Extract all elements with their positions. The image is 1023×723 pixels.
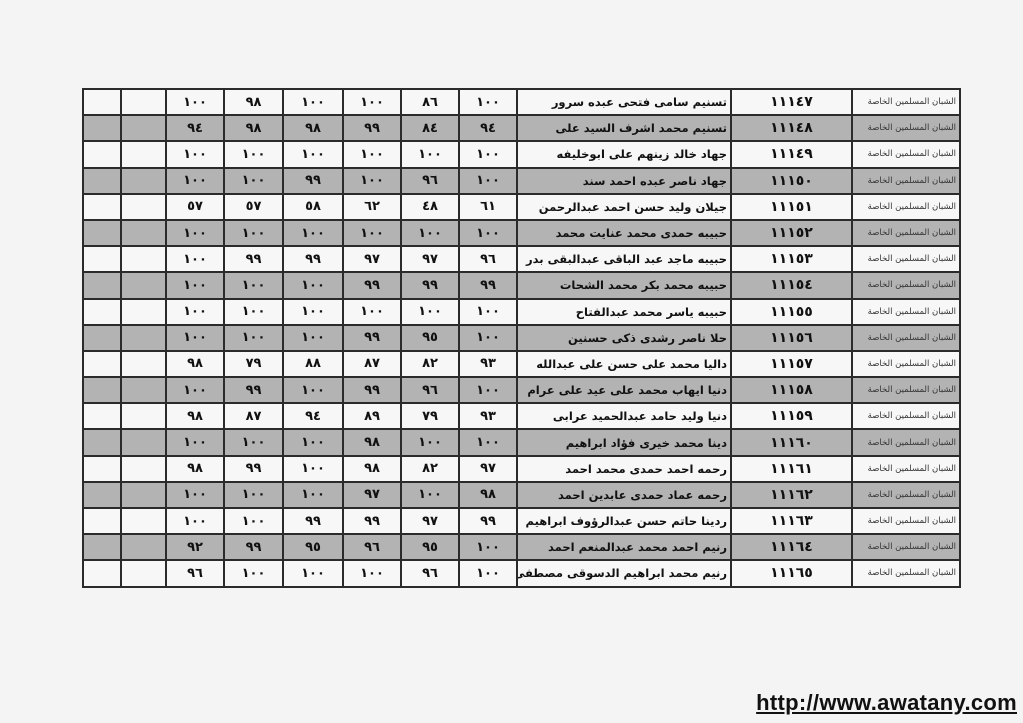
student-name-cell: دنيا وليد حامد عبدالحميد عرابى	[517, 403, 731, 429]
score-cell: ١٠٠	[166, 272, 224, 298]
score-cell: ٩٥	[401, 534, 459, 560]
score-cell: ٩٧	[343, 246, 401, 272]
table-row: ١٠٠٩٨١٠٠١٠٠٨٦١٠٠تسنيم سامى فتحى عبده سرو…	[83, 89, 960, 115]
blank-cell	[83, 246, 121, 272]
table-row: ٩٨٨٧٩٤٨٩٧٩٩٣دنيا وليد حامد عبدالحميد عرا…	[83, 403, 960, 429]
results-table-body: ١٠٠٩٨١٠٠١٠٠٨٦١٠٠تسنيم سامى فتحى عبده سرو…	[83, 89, 960, 587]
score-cell: ٨٧	[224, 403, 283, 429]
student-name-cell: داليا محمد على حسن على عبدالله	[517, 351, 731, 377]
score-cell: ٩٩	[224, 246, 283, 272]
score-cell: ١٠٠	[401, 141, 459, 167]
score-cell: ١٠٠	[343, 168, 401, 194]
score-cell: ٩٩	[224, 377, 283, 403]
school-name-cell: الشبان المسلمين الخاصة	[852, 429, 960, 455]
blank-cell	[83, 403, 121, 429]
score-cell: ١٠٠	[283, 220, 343, 246]
score-cell: ٨٦	[401, 89, 459, 115]
school-name-cell: الشبان المسلمين الخاصة	[852, 89, 960, 115]
blank-cell	[83, 220, 121, 246]
score-cell: ١٠٠	[166, 508, 224, 534]
table-row: ١٠٠١٠٠٩٩١٠٠٩٦١٠٠جهاد ناصر عبده احمد سند١…	[83, 168, 960, 194]
table-row: ١٠٠١٠٠١٠٠١٠٠١٠٠١٠٠حبيبه ياسر محمد عبدالف…	[83, 299, 960, 325]
score-cell: ١٠٠	[459, 220, 517, 246]
blank-cell	[83, 482, 121, 508]
student-name-cell: تسنيم سامى فتحى عبده سرور	[517, 89, 731, 115]
score-cell: ٩٧	[343, 482, 401, 508]
blank-cell	[83, 560, 121, 586]
table-row: ١٠٠١٠٠١٠٠٩٩٩٩٩٩حبيبه محمد بكر محمد الشحا…	[83, 272, 960, 298]
score-cell: ١٠٠	[166, 429, 224, 455]
score-cell: ١٠٠	[343, 89, 401, 115]
student-results-table: ١٠٠٩٨١٠٠١٠٠٨٦١٠٠تسنيم سامى فتحى عبده سرو…	[82, 88, 961, 588]
score-cell: ٨٢	[401, 351, 459, 377]
score-cell: ١٠٠	[283, 429, 343, 455]
student-name-cell: جهاد خالد زينهم على ابوخليفه	[517, 141, 731, 167]
score-cell: ١٠٠	[459, 299, 517, 325]
score-cell: ٥٨	[283, 194, 343, 220]
score-cell: ٩٣	[459, 351, 517, 377]
blank-cell	[83, 325, 121, 351]
score-cell: ٩٥	[401, 325, 459, 351]
school-name-cell: الشبان المسلمين الخاصة	[852, 246, 960, 272]
blank-cell	[83, 351, 121, 377]
score-cell: ١٠٠	[459, 377, 517, 403]
score-cell: ١٠٠	[283, 560, 343, 586]
table-row: ٩٨٧٩٨٨٨٧٨٢٩٣داليا محمد على حسن على عبدال…	[83, 351, 960, 377]
score-cell: ٩٤	[283, 403, 343, 429]
blank-cell	[121, 325, 166, 351]
school-name-cell: الشبان المسلمين الخاصة	[852, 508, 960, 534]
score-cell: ٩٦	[343, 534, 401, 560]
score-cell: ٩٨	[343, 456, 401, 482]
score-cell: ٩٧	[459, 456, 517, 482]
score-cell: ٩٩	[283, 508, 343, 534]
score-cell: ١٠٠	[283, 89, 343, 115]
score-cell: ١٠٠	[343, 220, 401, 246]
table-row: ١٠٠١٠٠١٠٠٩٨١٠٠١٠٠دينا محمد خيرى فؤاد ابر…	[83, 429, 960, 455]
student-name-cell: دنيا ايهاب محمد على عيد على عرام	[517, 377, 731, 403]
score-cell: ٨٤	[401, 115, 459, 141]
score-cell: ٩٩	[343, 377, 401, 403]
school-name-cell: الشبان المسلمين الخاصة	[852, 220, 960, 246]
score-cell: ٨٩	[343, 403, 401, 429]
student-name-cell: حلا ناصر رشدى ذكى حسنين	[517, 325, 731, 351]
table-row: ١٠٠١٠٠١٠٠٩٧١٠٠٩٨رحمه عماد حمدى عابدين اح…	[83, 482, 960, 508]
table-row: ١٠٠١٠٠٩٩٩٩٩٧٩٩ردينا حاتم حسن عبدالرؤوف ا…	[83, 508, 960, 534]
table-row: ١٠٠١٠٠١٠٠١٠٠١٠٠١٠٠حبيبه حمدى محمد عنايت …	[83, 220, 960, 246]
score-cell: ١٠٠	[343, 560, 401, 586]
seat-number-cell: ١١١٦٥	[731, 560, 852, 586]
blank-cell	[83, 168, 121, 194]
score-cell: ٩٨	[224, 115, 283, 141]
table-row: ٩٨٩٩١٠٠٩٨٨٢٩٧رحمه احمد حمدى محمد احمد١١١…	[83, 456, 960, 482]
score-cell: ٩٦	[459, 246, 517, 272]
student-name-cell: جيلان وليد حسن احمد عبدالرحمن	[517, 194, 731, 220]
student-name-cell: رحمه احمد حمدى محمد احمد	[517, 456, 731, 482]
table-row: ١٠٠١٠٠١٠٠٩٩٩٥١٠٠حلا ناصر رشدى ذكى حسنين١…	[83, 325, 960, 351]
seat-number-cell: ١١١٥١	[731, 194, 852, 220]
score-cell: ٩٩	[283, 246, 343, 272]
blank-cell	[83, 377, 121, 403]
score-cell: ٧٩	[401, 403, 459, 429]
score-cell: ٩٩	[343, 325, 401, 351]
blank-cell	[121, 141, 166, 167]
blank-cell	[121, 272, 166, 298]
blank-cell	[121, 168, 166, 194]
score-cell: ١٠٠	[459, 560, 517, 586]
blank-cell	[121, 351, 166, 377]
seat-number-cell: ١١١٥٣	[731, 246, 852, 272]
score-cell: ١٠٠	[224, 141, 283, 167]
blank-cell	[83, 89, 121, 115]
seat-number-cell: ١١١٤٨	[731, 115, 852, 141]
student-name-cell: تسنيم محمد اشرف السيد على	[517, 115, 731, 141]
seat-number-cell: ١١١٦٢	[731, 482, 852, 508]
score-cell: ٩٧	[401, 246, 459, 272]
blank-cell	[121, 299, 166, 325]
school-name-cell: الشبان المسلمين الخاصة	[852, 351, 960, 377]
score-cell: ١٠٠	[166, 220, 224, 246]
blank-cell	[121, 429, 166, 455]
seat-number-cell: ١١١٦٣	[731, 508, 852, 534]
blank-cell	[83, 194, 121, 220]
school-name-cell: الشبان المسلمين الخاصة	[852, 299, 960, 325]
score-cell: ١٠٠	[401, 482, 459, 508]
score-cell: ٩٧	[401, 508, 459, 534]
blank-cell	[121, 508, 166, 534]
school-name-cell: الشبان المسلمين الخاصة	[852, 403, 960, 429]
blank-cell	[121, 482, 166, 508]
blank-cell	[121, 194, 166, 220]
score-cell: ٦١	[459, 194, 517, 220]
seat-number-cell: ١١١٦٠	[731, 429, 852, 455]
seat-number-cell: ١١١٦١	[731, 456, 852, 482]
score-cell: ١٠٠	[224, 560, 283, 586]
student-name-cell: دينا محمد خيرى فؤاد ابراهيم	[517, 429, 731, 455]
student-name-cell: رنيم احمد محمد عبدالمنعم احمد	[517, 534, 731, 560]
score-cell: ١٠٠	[224, 272, 283, 298]
blank-cell	[83, 534, 121, 560]
school-name-cell: الشبان المسلمين الخاصة	[852, 560, 960, 586]
score-cell: ٩٦	[401, 560, 459, 586]
score-cell: ٩٨	[166, 403, 224, 429]
score-cell: ١٠٠	[343, 299, 401, 325]
student-name-cell: حبيبه محمد بكر محمد الشحات	[517, 272, 731, 298]
score-cell: ١٠٠	[459, 89, 517, 115]
score-cell: ١٠٠	[166, 168, 224, 194]
blank-cell	[121, 456, 166, 482]
blank-cell	[83, 115, 121, 141]
blank-cell	[121, 89, 166, 115]
table-row: ١٠٠٩٩١٠٠٩٩٩٦١٠٠دنيا ايهاب محمد على عيد ع…	[83, 377, 960, 403]
score-cell: ١٠٠	[459, 429, 517, 455]
score-cell: ٩٨	[283, 115, 343, 141]
score-cell: ٩٦	[401, 168, 459, 194]
score-cell: ٩٩	[459, 508, 517, 534]
seat-number-cell: ١١١٦٤	[731, 534, 852, 560]
score-cell: ١٠٠	[166, 299, 224, 325]
school-name-cell: الشبان المسلمين الخاصة	[852, 141, 960, 167]
table-row: ٩٤٩٨٩٨٩٩٨٤٩٤تسنيم محمد اشرف السيد على١١١…	[83, 115, 960, 141]
score-cell: ١٠٠	[283, 456, 343, 482]
blank-cell	[121, 560, 166, 586]
score-cell: ١٠٠	[166, 482, 224, 508]
blank-cell	[121, 377, 166, 403]
school-name-cell: الشبان المسلمين الخاصة	[852, 168, 960, 194]
blank-cell	[83, 508, 121, 534]
score-cell: ٩٩	[343, 115, 401, 141]
seat-number-cell: ١١١٥٦	[731, 325, 852, 351]
score-cell: ١٠٠	[166, 141, 224, 167]
blank-cell	[121, 403, 166, 429]
score-cell: ٩٨	[343, 429, 401, 455]
score-cell: ٦٢	[343, 194, 401, 220]
table-row: ٩٢٩٩٩٥٩٦٩٥١٠٠رنيم احمد محمد عبدالمنعم اح…	[83, 534, 960, 560]
seat-number-cell: ١١١٥٨	[731, 377, 852, 403]
score-cell: ٩٤	[166, 115, 224, 141]
student-name-cell: حبيبه ماجد عبد الباقى عبدالبقى بدر	[517, 246, 731, 272]
school-name-cell: الشبان المسلمين الخاصة	[852, 194, 960, 220]
score-cell: ٩٦	[166, 560, 224, 586]
score-cell: ٩٨	[166, 456, 224, 482]
school-name-cell: الشبان المسلمين الخاصة	[852, 482, 960, 508]
score-cell: ١٠٠	[166, 377, 224, 403]
seat-number-cell: ١١١٤٧	[731, 89, 852, 115]
score-cell: ٩٦	[401, 377, 459, 403]
blank-cell	[83, 299, 121, 325]
student-name-cell: حبيبه حمدى محمد عنايت محمد	[517, 220, 731, 246]
score-cell: ١٠٠	[224, 220, 283, 246]
school-name-cell: الشبان المسلمين الخاصة	[852, 115, 960, 141]
score-cell: ٥٧	[166, 194, 224, 220]
seat-number-cell: ١١١٥٤	[731, 272, 852, 298]
school-name-cell: الشبان المسلمين الخاصة	[852, 534, 960, 560]
score-cell: ١٠٠	[224, 482, 283, 508]
blank-cell	[83, 429, 121, 455]
score-cell: ١٠٠	[224, 325, 283, 351]
school-name-cell: الشبان المسلمين الخاصة	[852, 377, 960, 403]
score-cell: ٩٥	[283, 534, 343, 560]
score-cell: ١٠٠	[224, 299, 283, 325]
blank-cell	[83, 272, 121, 298]
score-cell: ١٠٠	[459, 168, 517, 194]
score-cell: ٩٩	[283, 168, 343, 194]
score-cell: ٩٨	[166, 351, 224, 377]
score-cell: ١٠٠	[283, 482, 343, 508]
table-row: ١٠٠٩٩٩٩٩٧٩٧٩٦حبيبه ماجد عبد الباقى عبدال…	[83, 246, 960, 272]
school-name-cell: الشبان المسلمين الخاصة	[852, 456, 960, 482]
seat-number-cell: ١١١٥٩	[731, 403, 852, 429]
blank-cell	[121, 115, 166, 141]
score-cell: ١٠٠	[343, 141, 401, 167]
table-row: ١٠٠١٠٠١٠٠١٠٠١٠٠١٠٠جهاد خالد زينهم على اب…	[83, 141, 960, 167]
score-cell: ٤٨	[401, 194, 459, 220]
score-cell: ١٠٠	[401, 220, 459, 246]
blank-cell	[83, 141, 121, 167]
student-name-cell: رنيم محمد ابراهيم الدسوقى مصطفى النورى	[517, 560, 731, 586]
score-cell: ١٠٠	[401, 429, 459, 455]
blank-cell	[121, 534, 166, 560]
seat-number-cell: ١١١٥٢	[731, 220, 852, 246]
score-cell: ٩٨	[224, 89, 283, 115]
score-cell: ٩٩	[224, 534, 283, 560]
score-cell: ٧٩	[224, 351, 283, 377]
seat-number-cell: ١١١٤٩	[731, 141, 852, 167]
seat-number-cell: ١١١٥٥	[731, 299, 852, 325]
table-row: ٥٧٥٧٥٨٦٢٤٨٦١جيلان وليد حسن احمد عبدالرحم…	[83, 194, 960, 220]
seat-number-cell: ١١١٥٧	[731, 351, 852, 377]
score-cell: ١٠٠	[166, 325, 224, 351]
score-cell: ٩٩	[343, 272, 401, 298]
score-cell: ١٠٠	[283, 272, 343, 298]
score-cell: ١٠٠	[459, 534, 517, 560]
blank-cell	[121, 220, 166, 246]
blank-cell	[83, 456, 121, 482]
scanned-results-page: ١٠٠٩٨١٠٠١٠٠٨٦١٠٠تسنيم سامى فتحى عبده سرو…	[0, 0, 1023, 723]
score-cell: ١٠٠	[401, 299, 459, 325]
score-cell: ١٠٠	[166, 89, 224, 115]
score-cell: ١٠٠	[283, 377, 343, 403]
school-name-cell: الشبان المسلمين الخاصة	[852, 325, 960, 351]
score-cell: ١٠٠	[224, 168, 283, 194]
score-cell: ٨٢	[401, 456, 459, 482]
blank-cell	[121, 246, 166, 272]
student-name-cell: ردينا حاتم حسن عبدالرؤوف ابراهيم	[517, 508, 731, 534]
student-name-cell: حبيبه ياسر محمد عبدالفتاح	[517, 299, 731, 325]
score-cell: ١٠٠	[283, 141, 343, 167]
score-cell: ١٠٠	[283, 325, 343, 351]
table-row: ٩٦١٠٠١٠٠١٠٠٩٦١٠٠رنيم محمد ابراهيم الدسوق…	[83, 560, 960, 586]
score-cell: ٨٧	[343, 351, 401, 377]
score-cell: ٨٨	[283, 351, 343, 377]
school-name-cell: الشبان المسلمين الخاصة	[852, 272, 960, 298]
score-cell: ١٠٠	[459, 325, 517, 351]
score-cell: ٩٣	[459, 403, 517, 429]
student-name-cell: رحمه عماد حمدى عابدين احمد	[517, 482, 731, 508]
seat-number-cell: ١١١٥٠	[731, 168, 852, 194]
score-cell: ٩٩	[343, 508, 401, 534]
score-cell: ١٠٠	[166, 246, 224, 272]
website-link[interactable]: http://www.awatany.com	[756, 690, 1017, 716]
student-name-cell: جهاد ناصر عبده احمد سند	[517, 168, 731, 194]
score-cell: ٩٤	[459, 115, 517, 141]
score-cell: ٩٩	[401, 272, 459, 298]
score-cell: ١٠٠	[283, 299, 343, 325]
score-cell: ٩٩	[224, 456, 283, 482]
score-cell: ١٠٠	[224, 508, 283, 534]
score-cell: ١٠٠	[459, 141, 517, 167]
score-cell: ٩٨	[459, 482, 517, 508]
score-cell: ١٠٠	[224, 429, 283, 455]
score-cell: ٩٢	[166, 534, 224, 560]
score-cell: ٥٧	[224, 194, 283, 220]
score-cell: ٩٩	[459, 272, 517, 298]
